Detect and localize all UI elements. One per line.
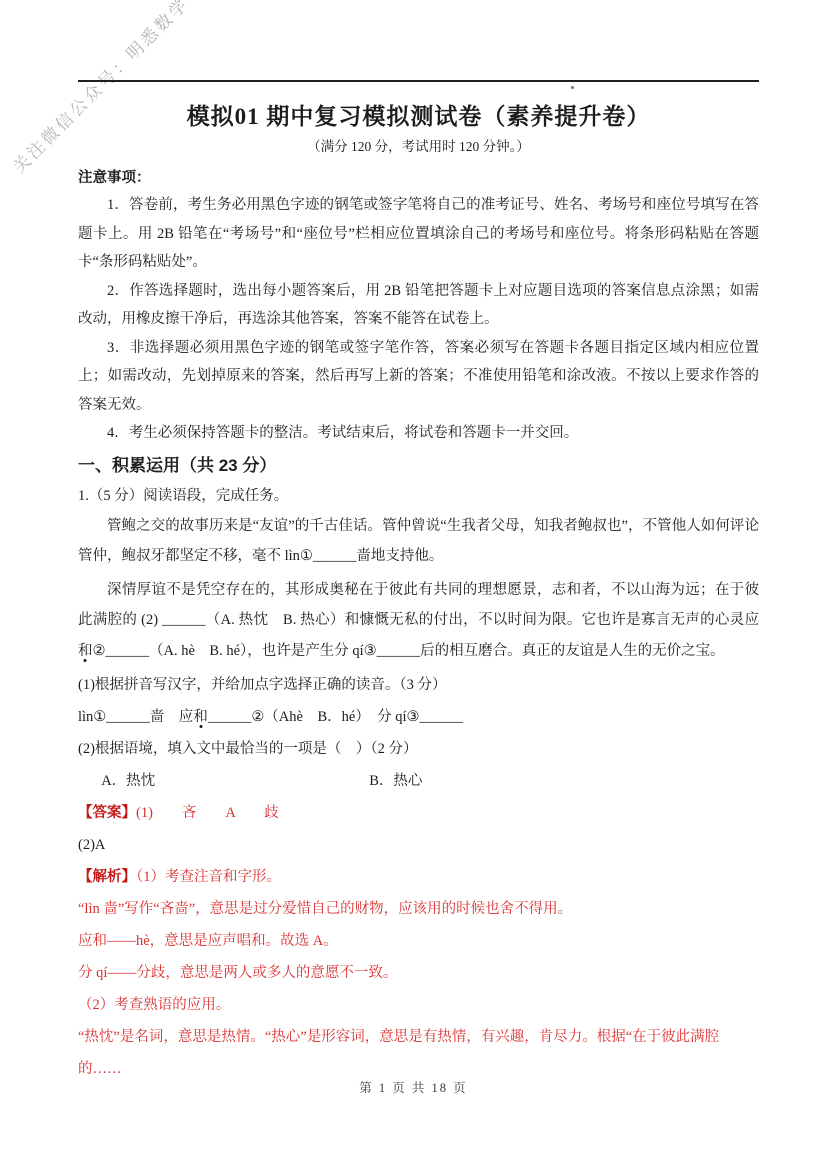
notice-item-4: 4．考生必须保持答题卡的整洁。考试结束后，将试卷和答题卡一并交回。 [78,419,759,448]
passage-p2-segment-a: 深情厚谊不是凭空存在的，其形成奥秘在于彼此有共同的理想愿景，志和者，不以山海为远… [78,582,759,629]
analysis-line-2: “lìn 啬”写作“吝啬”，意思是过分爱惜自己的财物，应该用的时候也舍不得用。 [78,893,759,925]
analysis-line-5: （2）考查熟语的应用。 [78,989,759,1021]
analysis-line-6: “热忱”是名词，意思是热情。“热心”是形容词，意思是有热情，有兴趣，肯尽力。根据… [78,1021,759,1085]
notice-heading: 注意事项： [78,167,759,189]
header-horizontal-rule [78,80,759,82]
exam-subtitle: （满分 120 分，考试用时 120 分钟。） [78,137,759,157]
fill-segment-b: ______②（Ahè B．hé） 分 qí③______ [208,709,463,725]
subquestion-1: (1)根据拼音写汉字，并给加点字选择正确的读音。（3 分） [78,669,759,701]
fill-in-line: lìn①______啬 应和______②（Ahè B．hé） 分 qí③___… [78,701,759,733]
fill-segment-a: lìn①______啬 应 [78,709,193,725]
answer-label: 【答案】 [78,805,136,821]
passage-p2-emphasized-char: 和 [78,643,93,659]
passage-paragraph-2: 深情厚谊不是凭空存在的，其形成奥秘在于彼此有共同的理想愿景，志和者，不以山海为远… [78,575,759,667]
notice-list: 1．答卷前，考生务必用黑色字迹的钢笔或签字笔将自己的准考证号、姓名、考场号和座位… [78,191,759,448]
notice-item-3: 3．非选择题必须用黑色字迹的钢笔或签字笔作答，答案必须写在答题卡各题目指定区域内… [78,334,759,420]
document-content: 模拟01 期中复习模拟测试卷（素养提升卷） （满分 120 分，考试用时 120… [78,88,759,1085]
passage-p2-segment-b: ②______（A. hè B. hé），也许是产生分 qí③______后的相… [93,643,725,659]
question1-stem: 1.（5 分）阅读语段，完成任务。 [78,481,759,511]
sub-questions-and-answers: (1)根据拼音写汉字，并给加点字选择正确的读音。（3 分） lìn①______… [78,669,759,1085]
option-a: A．热忱 [101,765,369,797]
reading-passage: 管鲍之交的故事历来是“友谊”的千古佳话。管仲曾说“生我者父母，知我者鲍叔也”，不… [78,511,759,667]
analysis-label: 【解析】 [78,869,136,885]
page-number-footer: 第 1 页 共 18 页 [0,1078,827,1096]
choice-options-row: A．热忱 B．热心 [78,765,759,797]
exam-title: 模拟01 期中复习模拟测试卷（素养提升卷） [78,102,759,132]
notice-item-1: 1．答卷前，考生务必用黑色字迹的钢笔或签字笔将自己的准考证号、姓名、考场号和座位… [78,191,759,277]
subquestion-2: (2)根据语境，填入文中最恰当的一项是（ ）（2 分） [78,733,759,765]
exam-document-page: 关注微信公众号：明悉数学 模拟01 期中复习模拟测试卷（素养提升卷） （满分 1… [0,0,827,1169]
passage-paragraph-1: 管鲍之交的故事历来是“友谊”的千古佳话。管仲曾说“生我者父母，知我者鲍叔也”，不… [78,511,759,572]
analysis-line-4: 分 qí——分歧，意思是两人或多人的意愿不一致。 [78,957,759,989]
answer-line-1-text: (1) 吝 A 歧 [136,805,279,821]
analysis-line-3: 应和——hè，意思是应声唱和。故选 A。 [78,925,759,957]
analysis-line-1-text: （1）考查注音和字形。 [136,869,281,885]
option-b: B．热心 [369,765,422,797]
answer-line-1: 【答案】(1) 吝 A 歧 [78,797,759,829]
fill-emphasized-char: 和 [193,709,208,725]
analysis-line-1: 【解析】（1）考查注音和字形。 [78,861,759,893]
section1-heading: 一、积累运用（共 23 分） [78,451,759,481]
notice-item-2: 2．作答选择题时，选出每小题答案后，用 2B 铅笔把答题卡上对应题目选项的答案信… [78,277,759,334]
answer-line-2: (2)A [78,829,759,861]
